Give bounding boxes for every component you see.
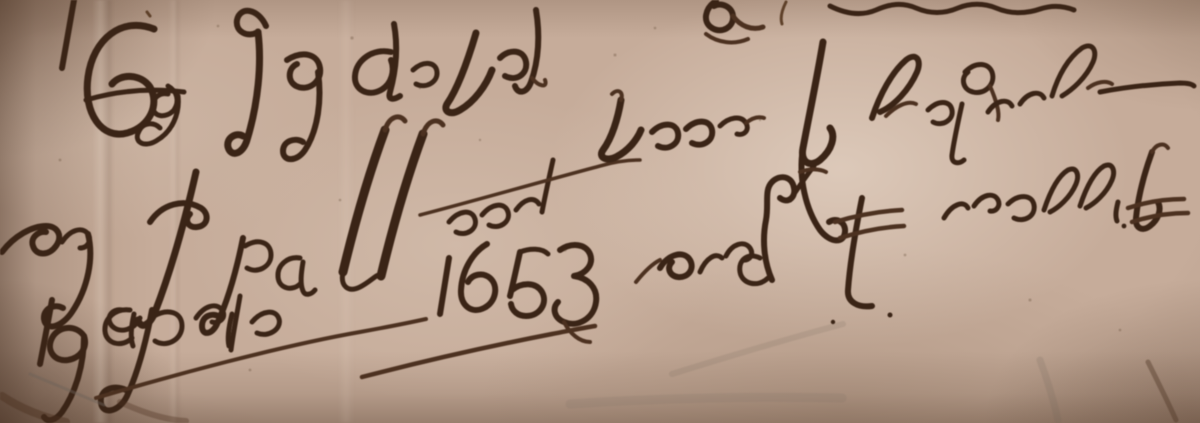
cut-word-top-right [706,1,1074,42]
word-voor [601,91,764,159]
word-vos [446,10,546,113]
manuscript-photo: By Jg de Vos gepasseert voor schepenen —… [0,0,1200,423]
mark-tt [831,198,904,324]
handwriting-layer [0,0,1200,423]
word-jg [228,11,320,159]
underline-1653 [362,326,595,377]
word-nollit [944,145,1188,229]
word-passeert [202,117,640,333]
word-aprile [96,296,426,410]
word-ge [109,172,206,330]
dash-after-schepenen [1100,83,1194,92]
cut-stroke-left-edge [62,0,74,68]
word-by [86,12,184,144]
handwriting-line-1 [62,0,1074,159]
word-1653 [362,244,596,377]
cut-word-left-edge [2,226,90,326]
handwriting-line-2 [2,42,1194,333]
handwriting-line-3 [40,145,1188,421]
word-ond [636,177,794,283]
word-de [355,24,437,99]
word-19 [40,300,85,420]
